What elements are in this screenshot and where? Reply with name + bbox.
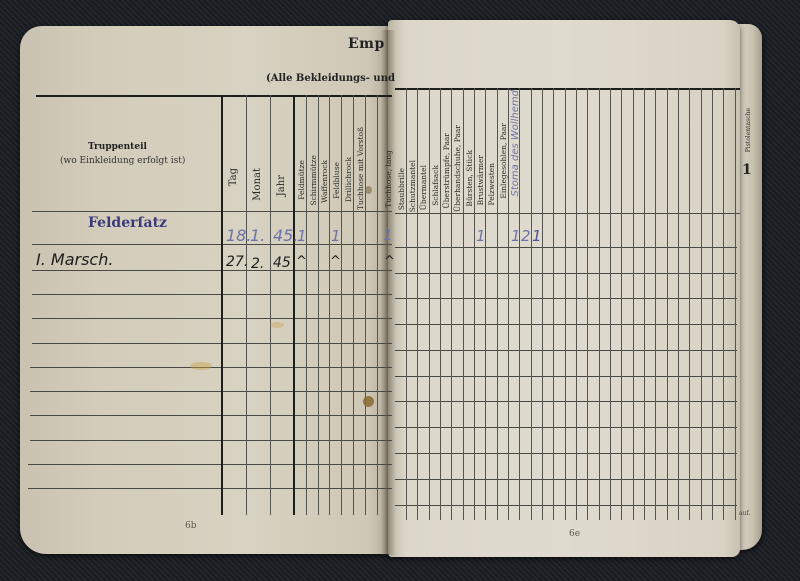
row-line (32, 270, 392, 271)
col-divider (689, 88, 690, 520)
col-label-item: Drillichrock (343, 157, 354, 202)
col-divider (429, 88, 430, 520)
row-line (395, 376, 737, 377)
stain (365, 186, 372, 194)
col-divider (723, 88, 724, 520)
row-line (30, 415, 392, 416)
col-divider (542, 88, 543, 520)
page-edge-stack (738, 24, 762, 550)
stain (363, 396, 374, 407)
col-label-item: Tuchhose mit Vorstoß (355, 127, 366, 210)
col-label-day: Tag (228, 168, 239, 186)
page-number-left: 6b (185, 521, 197, 531)
entry-month: 2. (251, 256, 264, 272)
col-label-month: Monat (252, 168, 263, 201)
col-divider (599, 88, 600, 520)
entry-item-mark: ^ (330, 254, 341, 269)
col-label-item: Bürsten, Stück (464, 150, 475, 207)
col-divider (565, 88, 566, 520)
entry-day: 18. (226, 226, 251, 245)
page-number-right: 6e (569, 529, 580, 539)
entry-item-value: 1 (532, 227, 542, 245)
row-line (395, 401, 737, 402)
col-divider (485, 88, 486, 520)
col-label-item: Tuchhose, lang (383, 150, 394, 208)
edge-label: Pistolentasche (743, 108, 754, 152)
unit-column-header: Truppenteil (88, 142, 147, 152)
entry-item-value: 1 (297, 227, 307, 245)
col-label-item: Übermantel (418, 165, 429, 210)
col-divider (644, 88, 645, 520)
unit-column-subheader: (wo Einkleidung erfolgt ist) (60, 156, 185, 166)
col-divider (678, 88, 679, 520)
row-line (395, 505, 737, 506)
col-label-item: Überhandschuhe, Paar (452, 125, 463, 212)
row-line (30, 391, 392, 392)
entry-unit-handwritten: I. Marsch. (36, 250, 113, 269)
row-line (395, 453, 737, 454)
col-divider (329, 95, 330, 515)
book-fold (380, 30, 396, 555)
col-label-item: Staubbrille (396, 168, 407, 210)
edge-mark: 1 (742, 162, 752, 178)
col-divider (633, 88, 634, 520)
row-line (395, 298, 737, 299)
col-divider (246, 95, 247, 515)
col-divider (621, 88, 622, 520)
col-divider (406, 88, 407, 520)
row-line (30, 440, 392, 441)
col-label-item: Feldmütze (296, 160, 307, 200)
col-divider (531, 88, 532, 520)
col-label-item: Schlafsack (430, 165, 441, 206)
entry-year: 45 (273, 255, 291, 271)
row-line (395, 350, 737, 351)
row-line (395, 479, 737, 480)
col-divider (610, 88, 611, 520)
col-divider (270, 95, 271, 515)
col-label-item: Feldbluse (331, 162, 342, 199)
col-divider (377, 95, 378, 515)
col-label-item: Brustwärmer (475, 155, 486, 205)
col-divider (576, 88, 577, 520)
row-line (32, 318, 392, 319)
entry-month: 1. (250, 226, 265, 245)
col-divider (587, 88, 588, 520)
header-rule (36, 95, 392, 97)
col-divider (293, 95, 295, 515)
col-divider (341, 95, 342, 515)
col-divider (306, 95, 307, 515)
col-divider (735, 88, 736, 520)
col-label-item: Einlegesohlen, Paar (498, 123, 509, 199)
col-label-item: Überstrümpfe, Paar (441, 133, 452, 209)
header-subtitle: (Alle Bekleidungs- und (266, 73, 395, 84)
col-divider (701, 88, 702, 520)
col-divider (655, 88, 656, 520)
row-line (28, 488, 392, 489)
col-label-item: Schutzmantel (407, 160, 418, 212)
col-divider (667, 88, 668, 520)
row-line (395, 273, 737, 274)
column-header-bottom-rule (32, 211, 392, 212)
corner-note: auf. (739, 510, 750, 517)
col-divider (417, 88, 418, 520)
header-title: Emp (348, 36, 385, 52)
entry-year: 45. (273, 226, 298, 245)
entry-item-value: 1 (331, 227, 341, 245)
col-divider (553, 88, 554, 520)
row-line (28, 464, 392, 465)
row-line (395, 427, 737, 428)
entry-item-mark: ^ (296, 254, 307, 269)
col-label-item: Waffenrock (319, 160, 330, 203)
stain (270, 322, 284, 328)
row-line (32, 294, 392, 295)
col-divider (712, 88, 713, 520)
entry-unit-stamp: Felderſatz (88, 215, 167, 231)
handwritten-column-label: Stoma des Wollhemd (510, 90, 521, 196)
entry-item-value: 1 (383, 226, 393, 244)
entry-day: 27. (226, 254, 248, 270)
col-label-year: Jahr (276, 175, 287, 196)
entry-item-mark: ^ (384, 254, 395, 269)
col-label-item: Pelzwesten (486, 163, 497, 206)
entry-item-value: 1 (511, 227, 521, 245)
col-divider (221, 95, 223, 515)
col-label-item: Schirmmütze (308, 155, 319, 206)
row-line (395, 247, 737, 248)
entry-item-value: 1 (476, 227, 486, 245)
entry-item-value: 2 (521, 227, 531, 245)
row-line (32, 343, 392, 344)
stain (190, 362, 212, 370)
row-line (395, 324, 737, 325)
